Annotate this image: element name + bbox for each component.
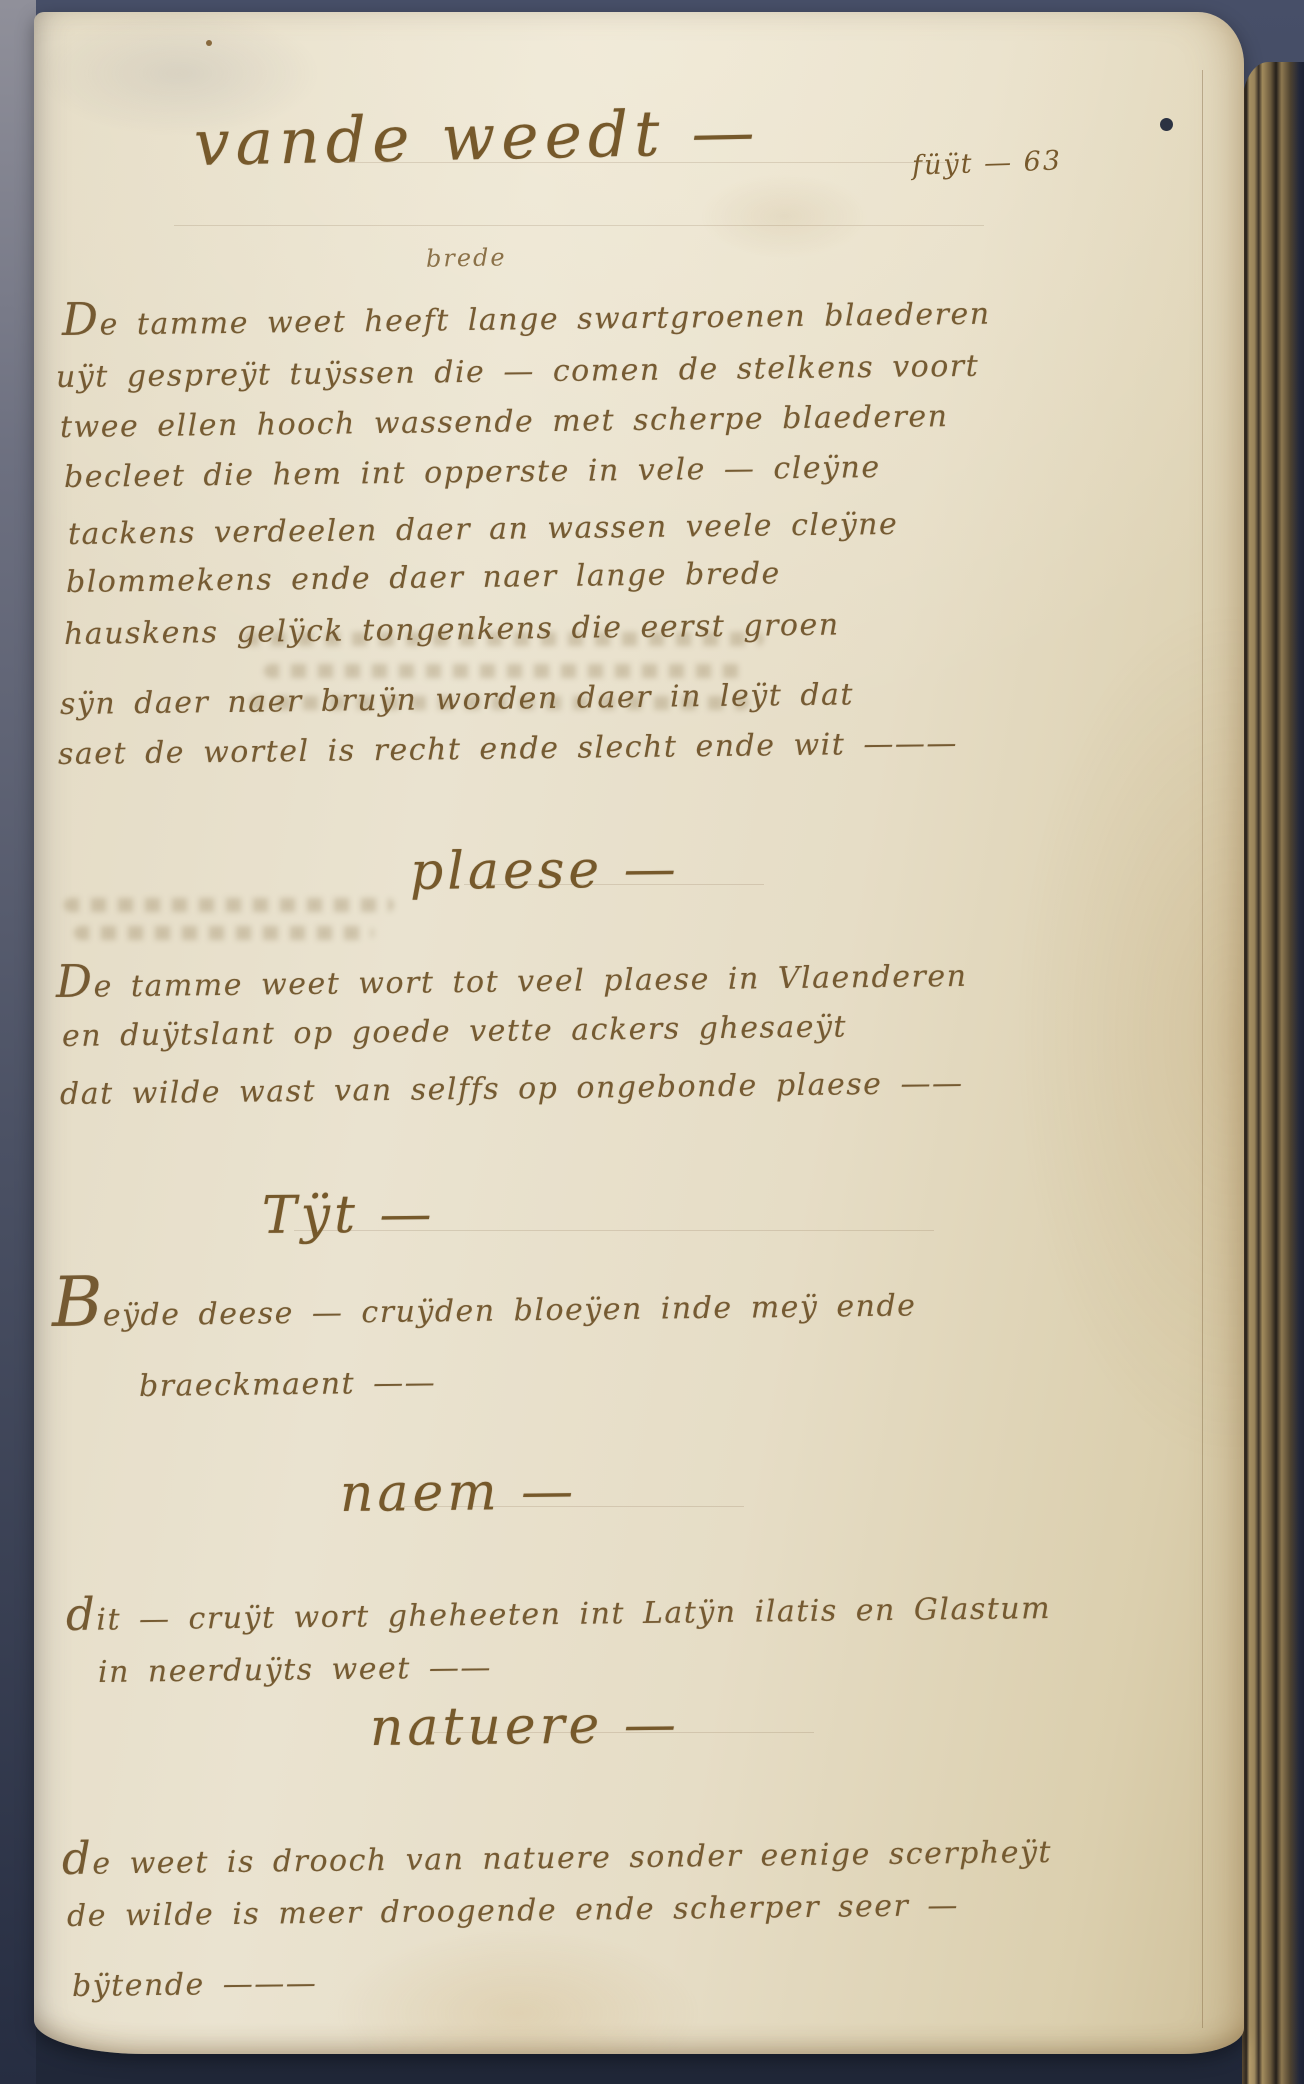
text-line: en duÿtslant op goede vette ackers ghesa… (62, 1012, 847, 1052)
text-line: dat wilde wast van selffs op ongebonde p… (60, 1069, 964, 1110)
section-heading-natuere: natuere — (370, 1699, 680, 1754)
text-line: sÿn daer naer bruÿn worden daer in leÿt … (60, 680, 854, 720)
ink-spot (206, 40, 212, 46)
section-heading-tyt: Tÿt — (262, 1188, 436, 1242)
text-line: de weet is drooch van natuere sonder een… (62, 1830, 1052, 1880)
photo-left-edge (0, 0, 36, 2084)
margin-rule-line (1202, 70, 1203, 2028)
text-line: saet de wortel is recht ende slecht ende… (58, 729, 958, 770)
text-line: twee ellen hooch wassende met scherpe bl… (60, 402, 949, 443)
text-line: becleet die hem int opperste in vele — c… (64, 453, 881, 493)
guide-line (174, 225, 984, 226)
text-line: De tamme weet heeft lange swartgroenen b… (62, 292, 991, 341)
photo-background: vande weedt — füÿt — 63 brede De tamme w… (0, 0, 1304, 2084)
bleedthrough-marks (74, 926, 374, 940)
text-line: de wilde is meer droogende ende scherper… (67, 1891, 959, 1932)
section-heading-naem: naem — (340, 1466, 578, 1520)
subtitle: brede (426, 243, 507, 272)
folio-number: füÿt — 63 (912, 145, 1063, 181)
text-line: in neerduÿts weet —— (98, 1653, 492, 1688)
bleedthrough-marks (264, 664, 744, 678)
text-line: De tamme weet wort tot veel plaese in Vl… (56, 954, 968, 1003)
text-line: Beÿde deese — cruÿden bloeÿen inde meÿ e… (52, 1272, 917, 1332)
text-line: uÿt gespreÿt tuÿssen die — comen de stel… (56, 352, 980, 393)
bleedthrough-marks (64, 898, 394, 912)
text-line: dit — cruÿt wort gheheeten int Latÿn ila… (66, 1586, 1052, 1636)
text-line: bÿtende ——— (72, 1969, 318, 2002)
text-line: blommekens ende daer naer lange brede (66, 559, 781, 598)
book-fore-edge-pages (1242, 62, 1304, 2084)
text-line: braeckmaent —— (139, 1368, 437, 1402)
manuscript-page: vande weedt — füÿt — 63 brede De tamme w… (34, 12, 1244, 2054)
section-heading-plaese: plaese — (410, 843, 680, 898)
page-title: vande weedt — (193, 100, 761, 175)
text-line: tackens verdeelen daer an wassen veele c… (68, 510, 899, 550)
ink-spot (1160, 118, 1173, 131)
